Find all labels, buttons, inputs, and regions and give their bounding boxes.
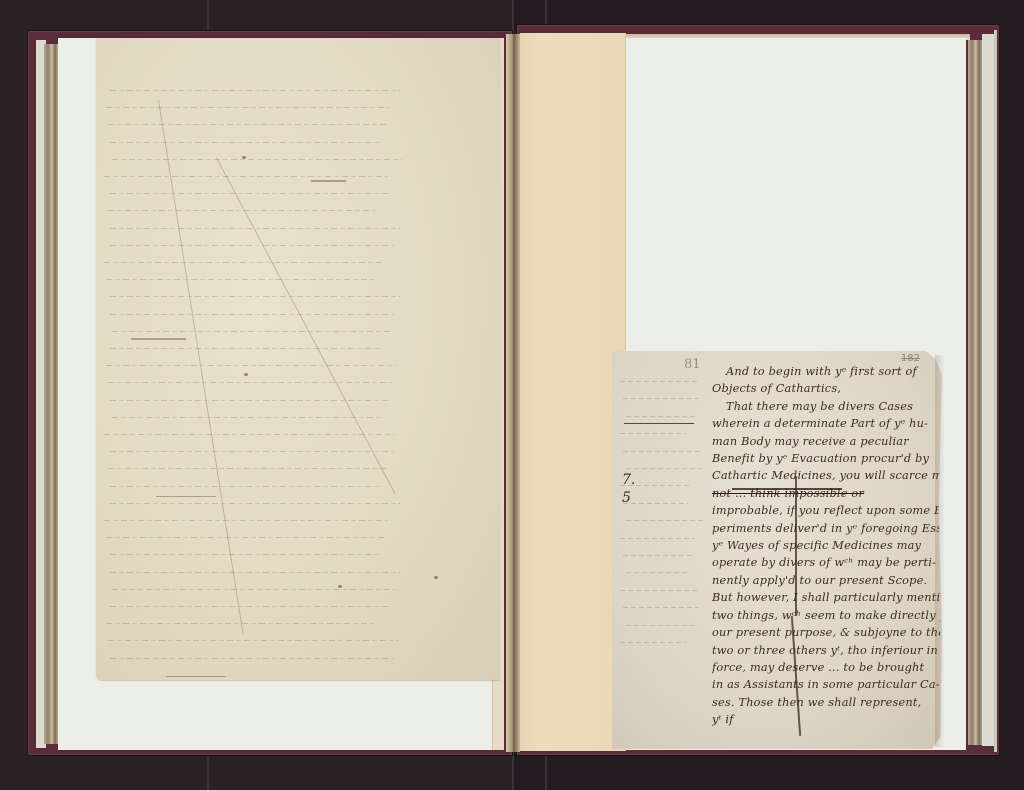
ghost-line <box>623 607 698 608</box>
leaf-shadow <box>935 355 945 747</box>
ink-spot <box>434 576 438 579</box>
pen-strike <box>624 423 694 424</box>
manuscript-line: Cathartic Medicines, you will scarce mis… <box>712 467 940 484</box>
pen-stroke <box>795 476 797 616</box>
manuscript-line: force, may deserve ... to be brought <box>712 659 940 676</box>
right-textblock-deckle <box>968 40 982 745</box>
ghost-line <box>110 503 400 504</box>
ghost-line <box>620 538 695 539</box>
manuscript-line: improbable, if you reflect upon some Ex- <box>712 502 940 519</box>
ghost-line <box>620 590 700 591</box>
ghost-line <box>623 451 703 452</box>
manuscript-line: in as Assistants in some particular Ca- <box>712 676 940 693</box>
ghost-line <box>110 606 388 607</box>
manuscript-line: And to begin with yᵉ first sort of <box>712 363 940 380</box>
left-textblock-deckle <box>44 44 58 744</box>
ghost-line <box>112 331 390 332</box>
left-manuscript-leaf <box>96 38 500 680</box>
handwritten-text: And to begin with yᵉ first sort ofObject… <box>712 363 940 729</box>
ink-strike <box>311 180 346 182</box>
right-textblock-edge <box>982 34 994 746</box>
manuscript-line: ses. Those then we shall represent, <box>712 694 940 711</box>
manuscript-line: nently apply'd to our present Scope. <box>712 572 940 589</box>
ghost-line <box>106 365 396 366</box>
ghost-line <box>110 451 394 452</box>
manuscript-line: That there may be divers Cases <box>712 398 940 415</box>
ghost-line <box>620 642 685 643</box>
cancel-stroke <box>216 158 395 494</box>
manuscript-line: two things, wᶜʰ seem to make directly fo… <box>712 607 940 624</box>
ghost-line <box>110 348 382 349</box>
ghost-line <box>110 658 394 659</box>
ghost-line <box>110 572 400 573</box>
ghost-line <box>110 193 388 194</box>
manuscript-line: periments deliver'd in yᵉ foregoing Essa… <box>712 520 940 537</box>
ghost-line <box>110 554 382 555</box>
ghost-line <box>108 124 386 125</box>
margin-mark: 5 <box>622 489 635 507</box>
ink-spot <box>338 585 342 588</box>
ghost-line <box>626 468 701 469</box>
pen-strike <box>732 488 842 490</box>
ink-strike <box>166 676 226 677</box>
ghost-line <box>110 314 394 315</box>
book-gutter <box>506 34 520 752</box>
ghost-line <box>110 486 382 487</box>
manuscript-line: yᵉ Wayes of specific Medicines may <box>712 537 940 554</box>
margin-marks: 7. 5 <box>622 471 635 507</box>
ghost-line <box>623 555 693 556</box>
ghost-line <box>108 640 398 641</box>
ghost-line <box>106 537 384 538</box>
ghost-line <box>110 142 382 143</box>
manuscript-line: yᵗ if <box>712 711 940 728</box>
ghost-line <box>108 382 392 383</box>
ghost-line <box>106 279 378 280</box>
manuscript-line: Objects of Cathartics, <box>712 380 940 397</box>
ghost-line <box>626 625 696 626</box>
manuscript-line: Benefit by yᵉ Evacuation procur'd by <box>712 450 940 467</box>
ghost-line <box>104 434 394 435</box>
ghost-line <box>110 245 394 246</box>
ghost-line <box>112 159 402 160</box>
manuscript-line: operate by divers of wᶜʰ may be perti- <box>712 554 940 571</box>
ghost-line <box>106 107 390 108</box>
ink-strike <box>131 338 186 340</box>
manuscript-line: our present purpose, & subjoyne to them <box>712 624 940 641</box>
ghost-line <box>626 520 706 521</box>
manuscript-line: man Body may receive a peculiar <box>712 433 940 450</box>
manuscript-line: wherein a determinate Part of yᵉ hu- <box>712 415 940 432</box>
manuscript-line: But however, I shall particularly mentio… <box>712 589 940 606</box>
ghost-line <box>110 296 400 297</box>
ghost-line <box>626 416 696 417</box>
ghost-line <box>112 589 396 590</box>
ink-strike <box>156 496 216 497</box>
ghost-line <box>104 520 388 521</box>
ghost-line <box>108 468 386 469</box>
ink-spot <box>244 373 248 376</box>
ghost-line <box>620 433 685 434</box>
ghost-line <box>623 398 698 399</box>
ghost-line <box>620 381 700 382</box>
ghost-line <box>110 90 400 91</box>
right-textblock-edge-thin <box>994 30 997 752</box>
right-manuscript-leaf: 182 81 7. 5 And to begin with yᵉ first s… <box>612 351 942 749</box>
ghost-line <box>104 176 388 177</box>
right-guard-stub <box>520 33 626 751</box>
ghost-line <box>104 262 382 263</box>
manuscript-line: two or three others yᵗ, tho inferiour in <box>712 642 940 659</box>
ink-spot <box>242 156 246 159</box>
cancel-stroke <box>158 100 243 634</box>
margin-mark: 7. <box>622 471 635 489</box>
ghost-line <box>112 417 384 418</box>
ghost-line <box>626 572 691 573</box>
margin-number: 81 <box>684 357 701 372</box>
